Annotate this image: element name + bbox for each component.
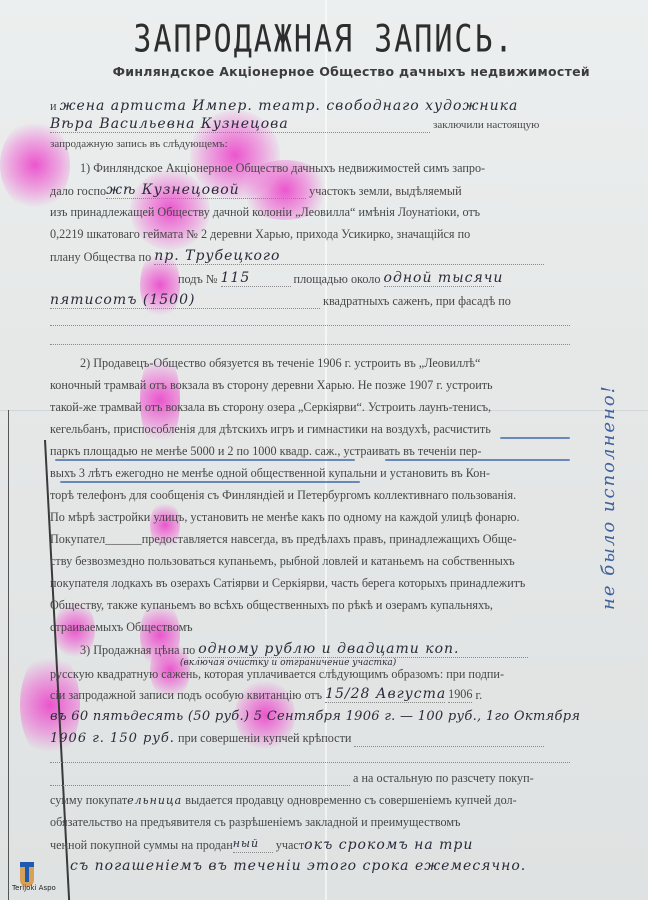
section3-line-5: 1906 г. 150 руб. при совершеніи купчей к… <box>50 730 570 747</box>
printed-text: и <box>50 99 57 113</box>
printed-text: 0,2219 шкатоваго геймата № 2 деревни Хар… <box>50 227 470 241</box>
section3-line-7: сумму покупательница выдается продавцу о… <box>50 792 570 809</box>
handwritten-text: жена артиста Импер. театр. свободнаго ху… <box>60 98 519 114</box>
printed-text: участокъ земли, выдѣляемый <box>309 184 462 198</box>
handwritten-text: окъ срокомъ на три <box>304 837 473 853</box>
section2-line: покупателя лодкахъ въ озерахъ Сатіярви и… <box>50 575 570 591</box>
printed-text: подъ № <box>178 272 217 286</box>
printed-text: г. <box>476 688 483 702</box>
section2-line: коночный трамвай отъ вокзала въ сторону … <box>50 377 570 393</box>
printed-text: дало госпо <box>50 184 106 198</box>
printed-text: выхъ 3 лѣтъ ежегодно не менѣе одной обще… <box>50 466 490 480</box>
watermark-text: Terijoki Aspo <box>12 884 56 892</box>
section3-line-4: въ 60 пятьдесять (50 руб.) 5 Сентября 19… <box>50 708 570 725</box>
section1-line-2: дало госпожѣ Кузнецовой участокъ земли, … <box>50 182 570 199</box>
document-page: ЗАПРОДАЖНАЯ ЗАПИСЬ. Финляндское Акціонер… <box>0 0 648 900</box>
section1-line-5: плану Общества по пр. Трубецкого <box>50 248 570 265</box>
handwritten-text: въ 60 пятьдесять (50 руб.) 5 Сентября 19… <box>50 709 580 724</box>
printed-text: сіи запродажной записи подъ особую квита… <box>50 688 322 702</box>
section2-line: 2) Продавецъ-Общество обязуется въ течен… <box>50 355 570 371</box>
printed-text: страиваемыхъ Обществомъ <box>50 620 193 634</box>
handwritten-text: съ погашеніемъ въ теченіи этого срока еж… <box>70 858 526 874</box>
section2-line: торѣ телефонъ для сообщенія съ Финляндіе… <box>50 487 570 503</box>
printed-text: По мѣрѣ застройки улицъ, установить не м… <box>50 510 520 524</box>
printed-text: покупателя лодкахъ въ озерахъ Сатіярви и… <box>50 576 525 590</box>
printed-text: при совершеніи купчей крѣпости <box>178 731 351 745</box>
section2-line: страиваемыхъ Обществомъ <box>50 619 570 635</box>
handwritten-text: ный <box>233 836 273 853</box>
section2-line: По мѣрѣ застройки улицъ, установить не м… <box>50 509 570 525</box>
blank-line <box>50 344 570 345</box>
document-title: ЗАПРОДАЖНАЯ ЗАПИСЬ. <box>0 18 648 62</box>
section3-line-2: русскую квадратную сажень, которая уплач… <box>50 666 570 682</box>
ink-underline <box>500 437 570 439</box>
handwritten-text: 1906 г. 150 руб. <box>50 731 175 746</box>
section3-line-6: а на остальную по разсчету покуп- <box>50 770 570 786</box>
printed-text: Покупател______предоставляется навсегда,… <box>50 532 517 546</box>
year: 1906 <box>448 686 472 703</box>
printed-text: запродажную запись въ слѣдующемъ: <box>50 138 228 150</box>
section2-line: Обществу, также купаньемъ во всѣхъ общес… <box>50 597 570 613</box>
section1-line-4: 0,2219 шкатоваго геймата № 2 деревни Хар… <box>50 226 570 242</box>
printed-text: участ <box>276 838 304 852</box>
printed-text: квадратныхъ саженъ, при фасадѣ по <box>323 294 511 308</box>
section1-line-3: изъ принадлежащей Обществу дачной колоні… <box>50 204 570 220</box>
ink-underline <box>55 459 355 461</box>
section1-line-6: подъ № 115 площадью около одной тысячи <box>50 270 570 287</box>
section2-line: ству безвозмездно пользоваться купаньемъ… <box>50 553 570 569</box>
section2-line: Покупател______предоставляется навсегда,… <box>50 531 570 547</box>
handwritten-name: Вѣра Васильевна Кузнецова <box>50 116 430 133</box>
printed-text: сумму покупат <box>50 793 127 807</box>
printed-text: ченной покупной суммы на продан <box>50 838 233 852</box>
paper-edge <box>8 410 9 900</box>
handwritten-date: 15/28 Августа <box>325 686 445 703</box>
intro-line-2: Вѣра Васильевна Кузнецова заключили наст… <box>50 116 570 133</box>
printed-text: обязательство на предъявителя съ разрѣше… <box>50 815 460 829</box>
section3-line-3: сіи запродажной записи подъ особую квита… <box>50 686 570 703</box>
handwritten-text: пятисотъ (1500) <box>50 292 320 309</box>
printed-text: выдается продавцу одновременно съ соверш… <box>185 793 516 807</box>
printed-text: кегельбанъ, приспособленія для дѣтскихъ … <box>50 422 491 436</box>
printed-text: такой-же трамвай отъ вокзала въ сторону … <box>50 400 491 414</box>
blank-line <box>50 762 570 763</box>
intro-line-3: запродажную запись въ слѣдующемъ: <box>50 136 570 152</box>
handwritten-text: ельница <box>127 794 182 807</box>
printed-text: торѣ телефонъ для сообщенія съ Финляндіе… <box>50 488 516 502</box>
blank-field <box>50 785 350 786</box>
handwritten-text: пр. Трубецкого <box>154 248 544 265</box>
printed-text: коночный трамвай отъ вокзала въ сторону … <box>50 378 493 392</box>
section3-line-10: съ погашеніемъ въ теченіи этого срока еж… <box>50 858 570 874</box>
intro-line-1: и жена артиста Импер. театр. свободнаго … <box>50 98 570 114</box>
section3-line-9: ченной покупной суммы на проданный участ… <box>50 836 570 853</box>
handwritten-text: одной тысячи <box>384 270 494 287</box>
printed-text: паркъ площадью не менѣе 5000 и 2 по 1000… <box>50 444 481 458</box>
printed-text: 2) Продавецъ-Общество обязуется въ течен… <box>80 356 480 370</box>
printed-text: 1) Финляндское Акціонерное Общество дачн… <box>80 161 485 175</box>
section2-line: такой-же трамвай отъ вокзала въ сторону … <box>50 399 570 415</box>
printed-text: плану Общества по <box>50 250 151 264</box>
section3-line-8: обязательство на предъявителя съ разрѣше… <box>50 814 570 830</box>
document-subtitle: Финляндское Акціонерное Общество дачныхъ… <box>70 64 590 79</box>
printed-text: а на остальную по разсчету покуп- <box>353 771 534 785</box>
printed-text: Обществу, также купаньемъ во всѣхъ общес… <box>50 598 493 612</box>
printed-text: русскую квадратную сажень, которая уплач… <box>50 667 504 681</box>
printed-text: изъ принадлежащей Обществу дачной колоні… <box>50 205 480 219</box>
blank-field <box>354 746 544 747</box>
section1-line-7: пятисотъ (1500) квадратныхъ саженъ, при … <box>50 292 570 309</box>
handwritten-text: жѣ Кузнецовой <box>106 182 306 199</box>
section1-line-1: 1) Финляндское Акціонерное Общество дачн… <box>50 160 570 176</box>
ink-underline <box>385 459 570 461</box>
ink-underline <box>60 481 360 483</box>
printed-text: ству безвозмездно пользоваться купаньемъ… <box>50 554 515 568</box>
section2-line: кегельбанъ, приспособленія для дѣтскихъ … <box>50 421 570 437</box>
margin-annotation: не было исполнено! <box>598 380 619 610</box>
blank-line <box>50 325 570 326</box>
printed-text: заключили настоящую <box>433 119 539 131</box>
section2-line: выхъ 3 лѣтъ ежегодно не менѣе одной обще… <box>50 465 570 481</box>
printed-text: площадью около <box>294 272 381 286</box>
handwritten-text: 115 <box>221 270 291 287</box>
section2-line: паркъ площадью не менѣе 5000 и 2 по 1000… <box>50 443 570 459</box>
